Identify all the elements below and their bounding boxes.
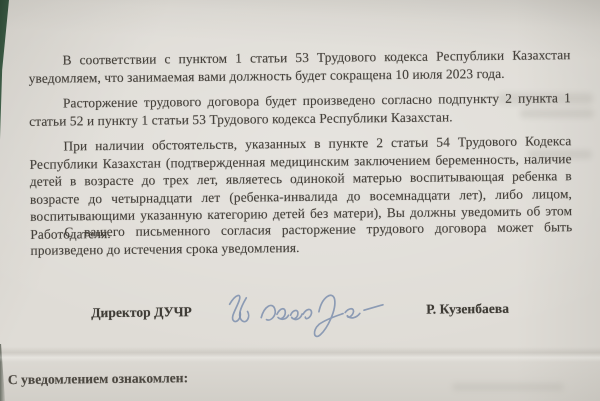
paragraph-termination-basis: Расторжение трудового договора будет про…: [29, 89, 571, 130]
paragraph-written-consent: С вашего письменного согласия расторжени…: [30, 218, 572, 259]
acknowledgement-line: С уведомлением ознакомлен:: [8, 370, 188, 388]
signer-position-title: Директор ДУЧР: [91, 304, 192, 321]
letter-body: В соответствии с пунктом 1 статьи 53 Тру…: [0, 0, 600, 401]
paragraph-notice: В соответствии с пунктом 1 статьи 53 Тру…: [28, 46, 570, 87]
signer-name: Р. Кузенбаева: [426, 301, 509, 318]
document-photo: В соответствии с пунктом 1 статьи 53 Тру…: [0, 0, 600, 401]
handwritten-signature-icon: [219, 281, 388, 345]
